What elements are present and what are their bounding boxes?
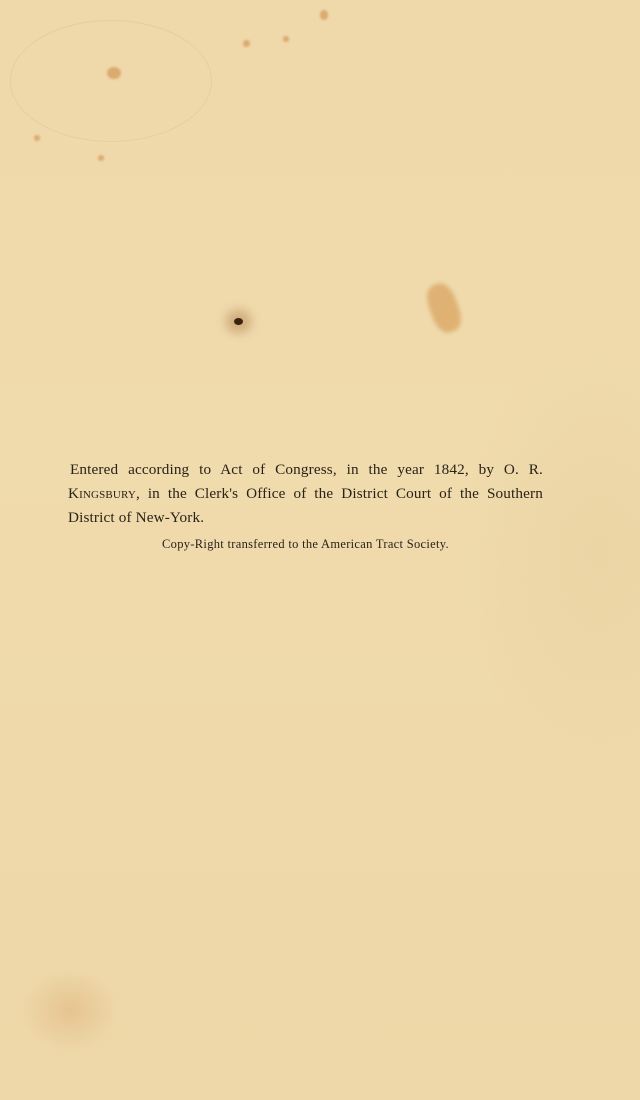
- library-stamp: [10, 20, 212, 142]
- author-name: Kingsbury: [68, 485, 136, 502]
- copyright-transfer-line: Copy-Right transferred to the American T…: [68, 537, 543, 552]
- foxing-spot: [243, 40, 250, 47]
- foxing-spot: [107, 67, 121, 79]
- notice-text-part1: Entered according to Act of Congress, in…: [70, 461, 543, 478]
- foxing-spot: [320, 10, 328, 20]
- book-page: Entered according to Act of Congress, in…: [0, 0, 640, 1100]
- foxing-spot: [98, 155, 104, 161]
- foxing-spot: [34, 135, 40, 141]
- foxing-spot: [283, 36, 289, 42]
- rust-stain: [422, 280, 465, 337]
- copyright-notice: Entered according to Act of Congress, in…: [68, 458, 543, 530]
- ink-spot: [234, 318, 243, 325]
- notice-text-part2: , in the Clerk's Office of the District …: [68, 485, 543, 526]
